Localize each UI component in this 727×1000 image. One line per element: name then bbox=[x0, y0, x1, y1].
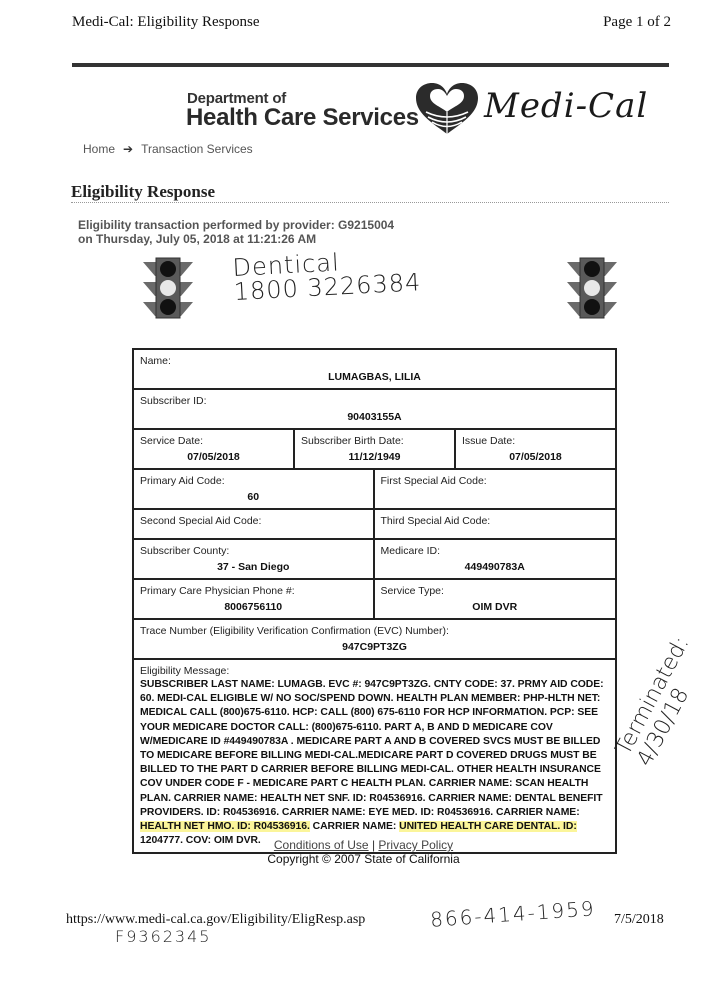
row-dates: Service Date: 07/05/2018 Subscriber Birt… bbox=[134, 430, 615, 470]
third-special-aid-cell: Third Special Aid Code: bbox=[375, 510, 616, 538]
county-cell: Subscriber County: 37 - San Diego bbox=[134, 540, 375, 578]
birth-date-label: Subscriber Birth Date: bbox=[301, 435, 448, 448]
service-date-value: 07/05/2018 bbox=[140, 450, 287, 464]
page-title: Eligibility Response bbox=[71, 182, 215, 202]
row-subscriber-id: Subscriber ID: 90403155A bbox=[134, 390, 615, 430]
eligibility-message: SUBSCRIBER LAST NAME: LUMAGB. EVC #: 947… bbox=[140, 678, 609, 848]
medicare-id-cell: Medicare ID: 449490783A bbox=[375, 540, 616, 578]
primary-aid-label: Primary Aid Code: bbox=[140, 475, 367, 488]
print-header-title: Medi-Cal: Eligibility Response bbox=[72, 14, 260, 31]
medicare-id-value: 449490783A bbox=[381, 560, 610, 574]
conditions-of-use-link[interactable]: Conditions of Use bbox=[274, 838, 369, 852]
trace-value: 947C9PT3ZG bbox=[140, 640, 609, 654]
row-aid-codes-1: Primary Aid Code: 60 First Special Aid C… bbox=[134, 470, 615, 510]
row-trace: Trace Number (Eligibility Verification C… bbox=[134, 620, 615, 660]
pcp-phone-value: 8006756110 bbox=[140, 600, 367, 614]
subscriber-id-cell: Subscriber ID: 90403155A bbox=[134, 390, 615, 428]
second-special-aid-cell: Second Special Aid Code: bbox=[134, 510, 375, 538]
logo-agency-name: Health Care Services bbox=[186, 104, 419, 132]
eligibility-table: Name: LUMAGBAS, LILIA Subscriber ID: 904… bbox=[132, 348, 617, 854]
second-special-aid-label: Second Special Aid Code: bbox=[140, 515, 367, 528]
county-label: Subscriber County: bbox=[140, 545, 367, 558]
pcp-phone-label: Primary Care Physician Phone #: bbox=[140, 585, 367, 598]
row-message: Eligibility Message: SUBSCRIBER LAST NAM… bbox=[134, 660, 615, 852]
subscriber-id-label: Subscriber ID: bbox=[140, 395, 609, 408]
print-url: https://www.medi-cal.ca.gov/Eligibility/… bbox=[66, 912, 365, 928]
first-special-aid-label: First Special Aid Code: bbox=[381, 475, 610, 488]
medicare-id-label: Medicare ID: bbox=[381, 545, 610, 558]
service-date-cell: Service Date: 07/05/2018 bbox=[134, 430, 295, 468]
row-aid-codes-2: Second Special Aid Code: Third Special A… bbox=[134, 510, 615, 540]
provider-line: Eligibility transaction performed by pro… bbox=[78, 218, 394, 232]
traffic-light-icon bbox=[567, 256, 617, 320]
third-special-aid-label: Third Special Aid Code: bbox=[381, 515, 610, 528]
transaction-datetime: on Thursday, July 05, 2018 at 11:21:26 A… bbox=[78, 232, 394, 246]
birth-date-cell: Subscriber Birth Date: 11/12/1949 bbox=[295, 430, 456, 468]
row-name: Name: LUMAGBAS, LILIA bbox=[134, 350, 615, 390]
service-type-label: Service Type: bbox=[381, 585, 610, 598]
row-county-medicare: Subscriber County: 37 - San Diego Medica… bbox=[134, 540, 615, 580]
message-text-2: CARRIER NAME: bbox=[310, 821, 399, 832]
primary-aid-value: 60 bbox=[140, 490, 367, 504]
heart-logo-icon bbox=[412, 82, 482, 136]
trace-cell: Trace Number (Eligibility Verification C… bbox=[134, 620, 615, 658]
trace-label: Trace Number (Eligibility Verification C… bbox=[140, 625, 609, 638]
logo-program-name: Medi-Cal bbox=[484, 86, 648, 126]
service-date-label: Service Date: bbox=[140, 435, 287, 448]
primary-aid-cell: Primary Aid Code: 60 bbox=[134, 470, 375, 508]
arrow-right-icon: ➔ bbox=[123, 142, 133, 156]
message-label: Eligibility Message: bbox=[140, 665, 609, 678]
service-type-cell: Service Type: OIM DVR bbox=[375, 580, 616, 618]
breadcrumb-transaction-services[interactable]: Transaction Services bbox=[141, 142, 253, 156]
handwritten-footer-id: F9362345 bbox=[115, 927, 211, 946]
footer-links: Conditions of Use | Privacy Policy bbox=[0, 838, 727, 852]
privacy-policy-link[interactable]: Privacy Policy bbox=[378, 838, 453, 852]
issue-date-cell: Issue Date: 07/05/2018 bbox=[456, 430, 615, 468]
subscriber-id-value: 90403155A bbox=[140, 410, 609, 424]
page-number: Page 1 of 2 bbox=[603, 14, 671, 31]
handwritten-dentical-note: Dentical 1800 3226384 bbox=[232, 246, 422, 304]
message-text-1: SUBSCRIBER LAST NAME: LUMAGB. EVC #: 947… bbox=[140, 679, 604, 818]
name-cell: Name: LUMAGBAS, LILIA bbox=[134, 350, 615, 388]
message-highlight-health-net-hmo: HEALTH NET HMO. ID: R04536916. bbox=[140, 821, 310, 832]
traffic-light-icon bbox=[143, 256, 193, 320]
handwritten-terminated-note: Terminated: 4/30/18 bbox=[612, 633, 716, 771]
birth-date-value: 11/12/1949 bbox=[301, 450, 448, 464]
issue-date-value: 07/05/2018 bbox=[462, 450, 609, 464]
county-value: 37 - San Diego bbox=[140, 560, 367, 574]
message-cell: Eligibility Message: SUBSCRIBER LAST NAM… bbox=[134, 660, 615, 852]
row-pcp-service: Primary Care Physician Phone #: 80067561… bbox=[134, 580, 615, 620]
title-divider bbox=[71, 202, 669, 203]
service-type-value: OIM DVR bbox=[381, 600, 610, 614]
issue-date-label: Issue Date: bbox=[462, 435, 609, 448]
breadcrumb-home[interactable]: Home bbox=[83, 142, 115, 156]
first-special-aid-cell: First Special Aid Code: bbox=[375, 470, 616, 508]
message-highlight-uhc-dental: UNITED HEALTH CARE DENTAL. ID: bbox=[399, 821, 577, 832]
copyright: Copyright © 2007 State of California bbox=[0, 852, 727, 866]
name-label: Name: bbox=[140, 355, 609, 368]
handwritten-footer-phone: 866-414-1959 bbox=[429, 896, 596, 931]
header-divider bbox=[72, 63, 669, 67]
pcp-phone-cell: Primary Care Physician Phone #: 80067561… bbox=[134, 580, 375, 618]
breadcrumb: Home ➔ Transaction Services bbox=[83, 142, 253, 156]
footer-separator: | bbox=[372, 838, 375, 852]
transaction-info: Eligibility transaction performed by pro… bbox=[78, 218, 394, 246]
print-date: 7/5/2018 bbox=[614, 912, 664, 928]
name-value: LUMAGBAS, LILIA bbox=[140, 370, 609, 384]
